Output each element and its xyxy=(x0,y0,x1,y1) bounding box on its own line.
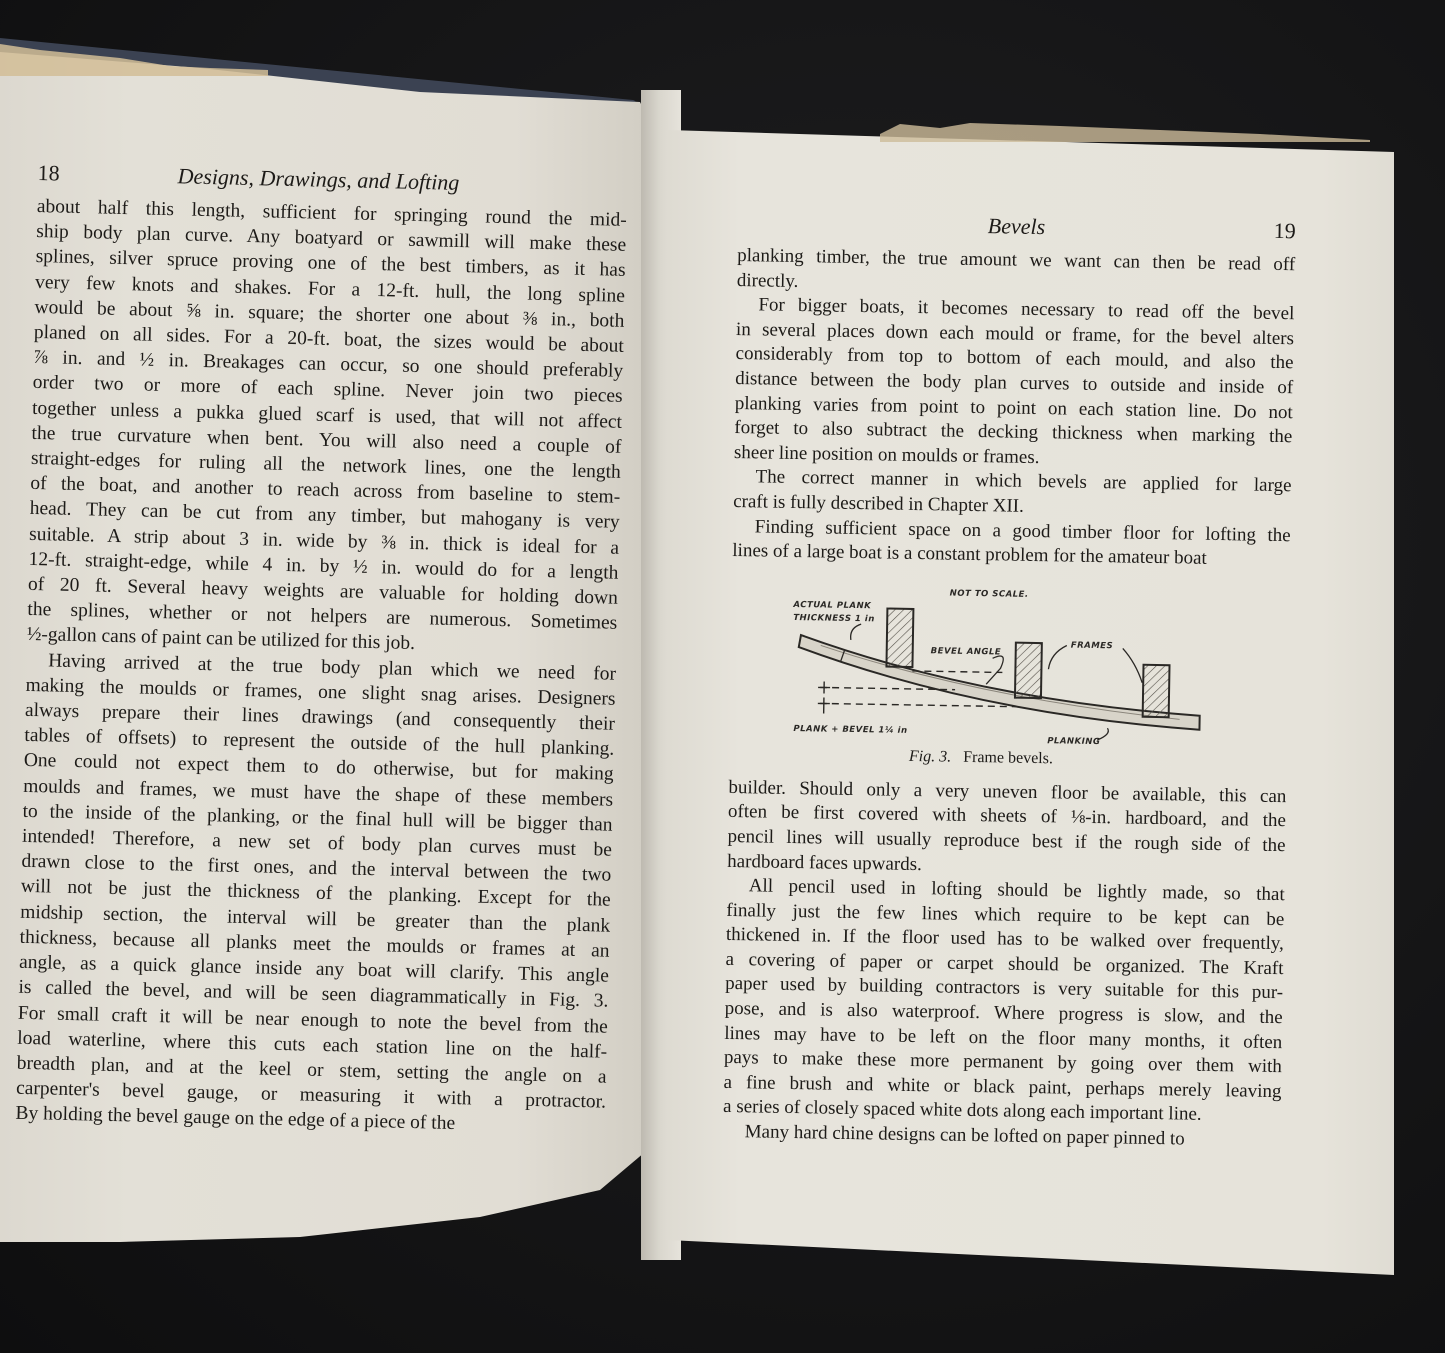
paragraph: All pencil used in lofting should be lig… xyxy=(723,874,1285,1129)
frame-2 xyxy=(1015,642,1042,697)
page-number: 18 xyxy=(37,160,60,186)
svg-text:ACTUAL PLANK: ACTUAL PLANK xyxy=(792,600,872,611)
frame-1 xyxy=(886,608,913,666)
left-page-text: 18 Designs, Drawings, and Lofting about … xyxy=(15,160,628,1140)
right-body-text-bottom: builder. Should only a very uneven floor… xyxy=(723,776,1287,1154)
frame-3 xyxy=(1143,665,1170,717)
label-frames: FRAMES xyxy=(1071,640,1113,651)
paragraph: For bigger boats, it becomes necessary t… xyxy=(734,293,1295,474)
section-title: Bevels xyxy=(988,214,1046,240)
svg-text:THICKNESS 1 in: THICKNESS 1 in xyxy=(793,613,875,624)
label-planking: PLANKING xyxy=(1047,736,1100,747)
paragraph: Finding sufficient space on a good timbe… xyxy=(732,514,1291,572)
left-body-text: about half this length, sufficient for s… xyxy=(15,194,627,1140)
paragraph: The correct manner in which bevels are a… xyxy=(733,465,1292,523)
label-plank-bevel: PLANK + BEVEL 1¼ in xyxy=(793,723,907,736)
paragraph: about half this length, sufficient for s… xyxy=(27,194,628,661)
paragraph: builder. Should only a very uneven floor… xyxy=(727,776,1287,884)
label-bevel-angle: BEVEL ANGLE xyxy=(931,646,1002,657)
frame-bevel-diagram: NOT TO SCALE. ACTUAL PLANK THICKNESS 1 i… xyxy=(779,576,1242,754)
figure-caption: Fig. 3.Frame bevels. xyxy=(909,745,1053,772)
chapter-title: Designs, Drawings, and Lofting xyxy=(177,163,459,195)
figure-frame-bevels: NOT TO SCALE. ACTUAL PLANK THICKNESS 1 i… xyxy=(779,576,1242,776)
label-not-to-scale: NOT TO SCALE. xyxy=(950,588,1029,599)
paragraph: Having arrived at the true body plan whi… xyxy=(15,648,616,1141)
right-body-text-top: planking timber, the true amount we want… xyxy=(732,244,1295,573)
page-number: 19 xyxy=(1274,219,1296,244)
right-page-text: Bevels 19 planking timber, the true amou… xyxy=(723,210,1296,1154)
